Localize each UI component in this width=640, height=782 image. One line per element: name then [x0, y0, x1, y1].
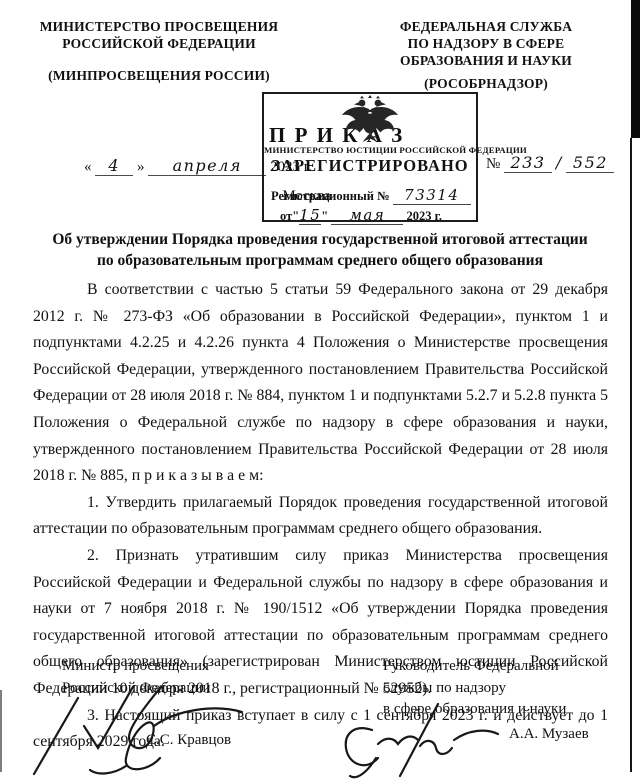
muzaev-signature-icon: [342, 700, 510, 782]
service-abbr: (РОСОБРНАДЗОР): [360, 75, 612, 92]
head-title-line1: Руководитель Федеральной: [383, 656, 566, 678]
minister-title-line1: Министр просвещения: [62, 656, 211, 678]
letterhead-ministry: МИНИСТЕРСТВО ПРОСВЕЩЕНИЯ РОССИЙСКОЙ ФЕДЕ…: [28, 18, 290, 92]
number-part1-handwritten: 233: [511, 153, 546, 172]
letterhead-service: ФЕДЕРАЛЬНАЯ СЛУЖБА ПО НАДЗОРУ В СФЕРЕ ОБ…: [360, 18, 612, 92]
stamp-date-day-handwritten: 15: [299, 206, 321, 224]
number-sign: №: [486, 156, 500, 172]
date-close-quote: »: [137, 159, 145, 175]
service-name-line2: ПО НАДЗОРУ В СФЕРЕ: [360, 35, 612, 52]
order-title: Об утверждении Порядка проведения госуда…: [30, 229, 610, 271]
scan-edge-artifact: [631, 0, 633, 138]
order-title-line1: Об утверждении Порядка проведения госуда…: [30, 229, 610, 250]
ministry-name-line2: РОССИЙСКОЙ ФЕДЕРАЦИИ: [28, 35, 290, 52]
date-day-handwritten: 4: [108, 156, 120, 175]
head-of-service-name: А.А. Музаев: [509, 726, 589, 743]
stamp-registered-word: ЗАРЕГИСТРИРОВАНО: [264, 156, 476, 176]
stamp-date-quote2: ": [321, 209, 328, 223]
number-part2-handwritten: 552: [573, 153, 608, 172]
letterhead: МИНИСТЕРСТВО ПРОСВЕЩЕНИЯ РОССИЙСКОЙ ФЕДЕ…: [28, 18, 612, 92]
document-page: МИНИСТЕРСТВО ПРОСВЕЩЕНИЯ РОССИЙСКОЙ ФЕДЕ…: [0, 0, 640, 782]
minister-name: С.С. Кравцов: [146, 732, 231, 749]
stamp-registration-number-line: Регистрационный № 73314: [271, 186, 471, 205]
scan-edge-artifact: [633, 0, 640, 138]
stamp-date-quote1: ": [292, 209, 299, 223]
scan-edge-artifact: [630, 138, 633, 772]
scan-edge-artifact: [0, 690, 2, 772]
date-open-quote: «: [84, 159, 92, 175]
number-separator: /: [556, 153, 563, 172]
service-name-line1: ФЕДЕРАЛЬНАЯ СЛУЖБА: [360, 18, 612, 35]
stamp-agency-name: МИНИСТЕРСТВО ЮСТИЦИИ РОССИЙСКОЙ ФЕДЕРАЦИ…: [264, 145, 476, 155]
stamp-reg-number-handwritten: 73314: [404, 186, 459, 204]
body-paragraph-item1: 1. Утвердить прилагаемый Порядок проведе…: [33, 490, 608, 543]
coat-of-arms-icon: [339, 95, 401, 143]
order-title-line2: по образовательным программам среднего о…: [30, 250, 610, 271]
order-number-line: № 233 / 552: [486, 153, 614, 173]
body-paragraph-preamble: В соответствии с частью 5 статьи 59 Феде…: [33, 277, 608, 490]
stamp-date-month-handwritten: мая: [349, 206, 385, 224]
ministry-abbr: (МИНПРОСВЕЩЕНИЯ РОССИИ): [28, 67, 290, 84]
ministry-name-line1: МИНИСТЕРСТВО ПРОСВЕЩЕНИЯ: [28, 18, 290, 35]
stamp-reg-label: Регистрационный №: [271, 189, 390, 203]
head-title-line2: службы по надзору: [383, 678, 566, 700]
stamp-date-ot: от: [280, 209, 292, 223]
stamp-date-line: от"15" мая 2023 г.: [280, 206, 442, 225]
service-name-line3: ОБРАЗОВАНИЯ И НАУКИ: [360, 52, 612, 69]
stamp-date-year: 2023 г.: [406, 209, 442, 223]
date-month-handwritten: апреля: [173, 156, 242, 175]
registration-stamp: МИНИСТЕРСТВО ЮСТИЦИИ РОССИЙСКОЙ ФЕДЕРАЦИ…: [262, 92, 478, 222]
